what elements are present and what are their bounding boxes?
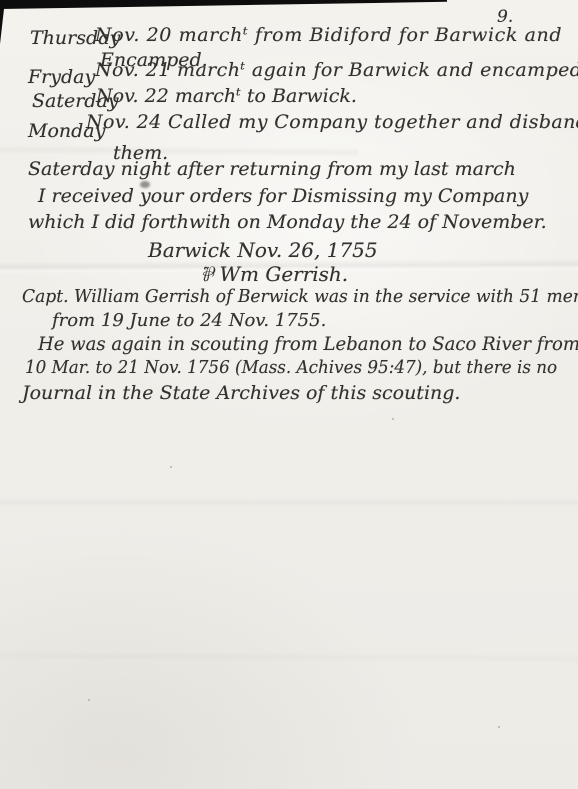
paper-crease	[0, 144, 358, 157]
note-line: Capt. William Gerrish of Berwick was in …	[22, 287, 578, 307]
scanned-manuscript-page: 9. Thursday Nov. 20 marchᵗ from Bidiford…	[0, 0, 578, 789]
closing-line: I received your orders for Dismissing my…	[38, 186, 528, 207]
note-line: Journal in the State Archives of this sc…	[22, 383, 460, 404]
note-line: He was again in scouting from Lebanon to…	[38, 334, 578, 355]
note-line: from 19 June to 24 Nov. 1755.	[52, 311, 326, 331]
entry-text: Nov. 22 marchᵗ to Barwick.	[96, 86, 357, 107]
scanner-edge-left	[0, 0, 5, 44]
entry-text: Nov. 20 marchᵗ from Bidiford for Barwick…	[95, 25, 562, 46]
closing-line: Saterday night after returning from my l…	[28, 159, 516, 180]
paper-crease	[0, 650, 578, 663]
dateline: Barwick Nov. 26, 1755	[148, 239, 378, 261]
paper-speck	[392, 418, 394, 420]
note-line: 10 Mar. to 21 Nov. 1756 (Mass. Achives 9…	[25, 358, 557, 378]
closing-line: which I did forthwith on Monday the 24 o…	[28, 212, 547, 233]
paper-speck	[88, 699, 90, 701]
entry-text: Nov. 21 marchᵗ again for Barwick and enc…	[95, 60, 578, 81]
paper-crease	[0, 497, 578, 508]
entry-text: Nov. 24 Called my Company together and d…	[86, 112, 578, 133]
scanner-edge-top	[0, 0, 447, 9]
entry-day: Fryday	[28, 67, 95, 88]
paper-speck	[498, 726, 500, 728]
paper-speck	[170, 466, 172, 468]
signature: ⅌ Wm Gerrish.	[200, 263, 348, 285]
